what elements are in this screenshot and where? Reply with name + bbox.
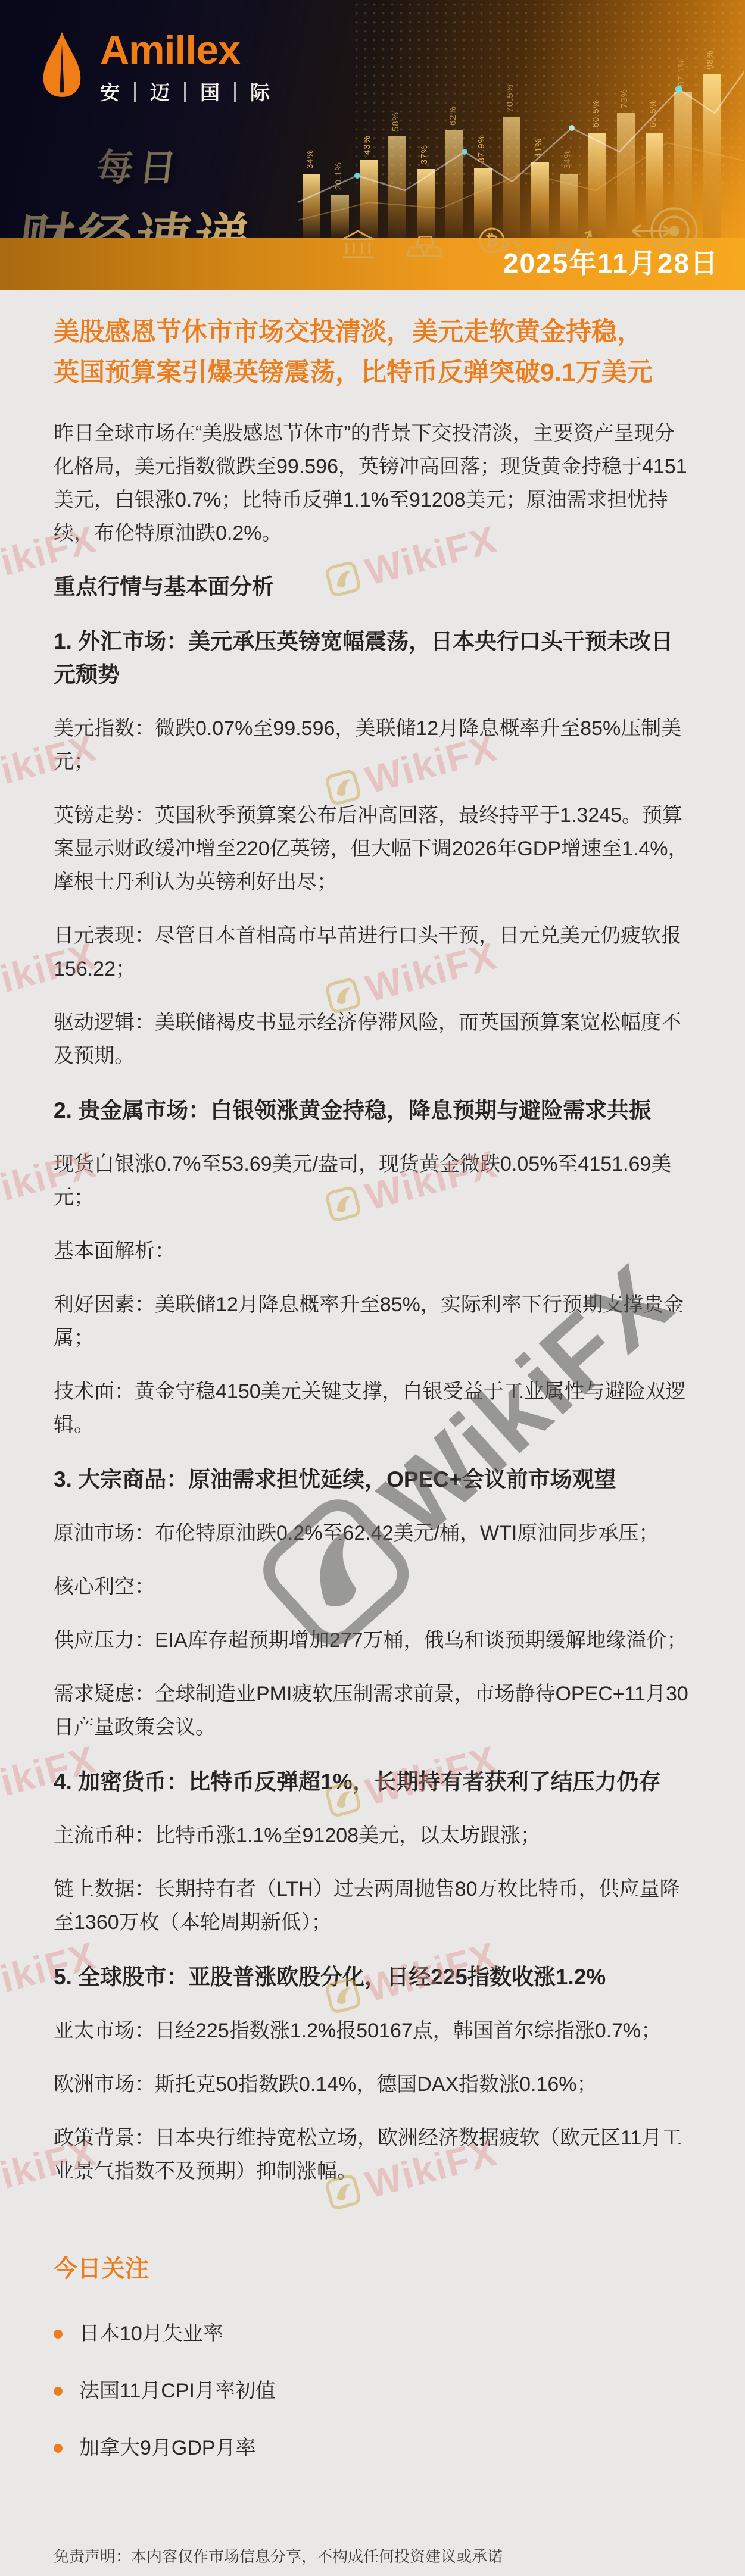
focus-item-label: 日本10月失业率 [79,2317,223,2350]
focus-item: 日本10月失业率 [54,2317,691,2350]
intro-paragraph: 昨日全球市场在“美股感恩节休市”的背景下交投清淡，主要资产呈现分化格局，美元指数… [54,417,691,550]
flame-logo-icon [39,31,85,98]
focus-item: 法国11月CPI月率初值 [54,2374,691,2408]
section-heading: 1. 外汇市场：美元承压英镑宽幅震荡，日本央行口头干预未改日元颓势 [54,625,691,692]
bullet-icon [54,2444,63,2453]
section-heading: 3. 大宗商品：原油需求担忧延续，OPEC+会议前市场观望 [54,1463,691,1496]
paragraph: 技术面：黄金守稳4150美元关键支撑，白银受益于工业属性与避险双逻辑。 [54,1375,691,1442]
header-banner: 34%20.1%43%58%37%62%37.9%70.5%41%34%60.5… [0,0,745,290]
article-headline: 美股感恩节休市市场交投清淡，美元走软黄金持稳， 英国预算案引爆英镑震荡，比特币反… [54,312,691,393]
section-heading: 4. 加密货币：比特币反弹超1%，长期持有者获利了结压力仍存 [54,1765,691,1799]
paragraph: 基本面解析： [54,1234,691,1268]
paragraph: 原油市场：布伦特原油跌0.2%至62.42美元/桶，WTI原油同步承压； [54,1517,691,1550]
paragraph: 需求疑虑：全球制造业PMI疲软压制需求前景，市场静待OPEC+11月30日产量政… [54,1677,691,1744]
bullet-icon [54,2387,63,2396]
brand-name-chinese: 安｜迈｜国｜际 [100,77,275,105]
headline-line2: 英国预算案引爆英镑震荡，比特币反弹突破9.1万美元 [54,352,691,393]
issue-date: 2025年11月28日 [503,242,719,281]
daily-finance-briefing: 34%20.1%43%58%37%62%37.9%70.5%41%34%60.5… [0,0,745,2576]
today-focus-title: 今日关注 [54,2250,691,2284]
svg-text:₿: ₿ [485,232,499,250]
analysis-section-title: 重点行情与基本面分析 [54,570,691,604]
focus-item: 加拿大9月GDP月率 [54,2431,691,2465]
gold-bars-icon [407,232,444,260]
masthead-title-line1: 每日 [93,138,264,191]
focus-item-label: 法国11月CPI月率初值 [79,2374,276,2408]
paragraph: 核心利空： [54,1570,691,1603]
brand-name: Amillex [100,31,275,69]
bank-icon [341,229,375,260]
article-body: 美股感恩节休市市场交投清淡，美元走软黄金持稳， 英国预算案引爆英镑震荡，比特币反… [0,290,745,2465]
paragraph: 供应压力：EIA库存超预期增加277万桶，俄乌和谈预期缓解地缘溢价； [54,1624,691,1657]
paragraph: 主流币种：比特币涨1.1%至91208美元，以太坊跟涨； [54,1819,691,1852]
paragraph: 政策背景：日本央行维持宽松立场，欧洲经济数据疲软（欧元区11月工业景气指数不及预… [54,2121,691,2188]
paragraph: 驱动逻辑：美联储褐皮书显示经济停滞风险，而英国预算案宽松幅度不及预期。 [54,1006,691,1073]
section-heading: 5. 全球股市：亚股普涨欧股分化，日经225指数收涨1.2% [54,1961,691,1994]
focus-list: 日本10月失业率法国11月CPI月率初值加拿大9月GDP月率 [54,2317,691,2465]
sections: 1. 外汇市场：美元承压英镑宽幅震荡，日本央行口头干预未改日元颓势美元指数：微跌… [54,625,691,2188]
paragraph: 美元指数：微跌0.07%至99.596，美联储12月降息概率升至85%压制美元； [54,712,691,779]
paragraph: 欧洲市场：斯托克50指数跌0.14%，德国DAX指数涨0.16%； [54,2068,691,2101]
headline-line1: 美股感恩节休市市场交投清淡，美元走软黄金持稳， [54,312,691,352]
section-heading: 2. 贵金属市场：白银领涨黄金持稳，降息预期与避险需求共振 [54,1094,691,1127]
paragraph: 链上数据：长期持有者（LTH）过去两周抛售80万枚比特币，供应量降至1360万枚… [54,1872,691,1939]
paragraph: 英镑走势：英国秋季预算案公布后冲高回落，最终持平于1.3245。预算案显示财政缓… [54,799,691,899]
brand-logo-block: Amillex 安｜迈｜国｜际 [39,31,275,105]
disclaimer-text: 免责声明：本内容仅作市场信息分享，不构成任何投资建议或承诺 [54,2544,503,2566]
focus-item-label: 加拿大9月GDP月率 [79,2431,256,2465]
paragraph: 现货白银涨0.7%至53.69美元/盎司，现货黄金微跌0.05%至4151.69… [54,1148,691,1214]
paragraph: 利好因素：美联储12月降息概率升至85%，实际利率下行预期支撑贵金属； [54,1288,691,1355]
paragraph: 日元表现：尽管日本首相高市早苗进行口头干预，日元兑美元仍疲软报156.22； [54,919,691,986]
bullet-icon [54,2330,63,2339]
paragraph: 亚太市场：日经225指数涨1.2%报50167点，韩国首尔综指涨0.7%； [54,2014,691,2047]
